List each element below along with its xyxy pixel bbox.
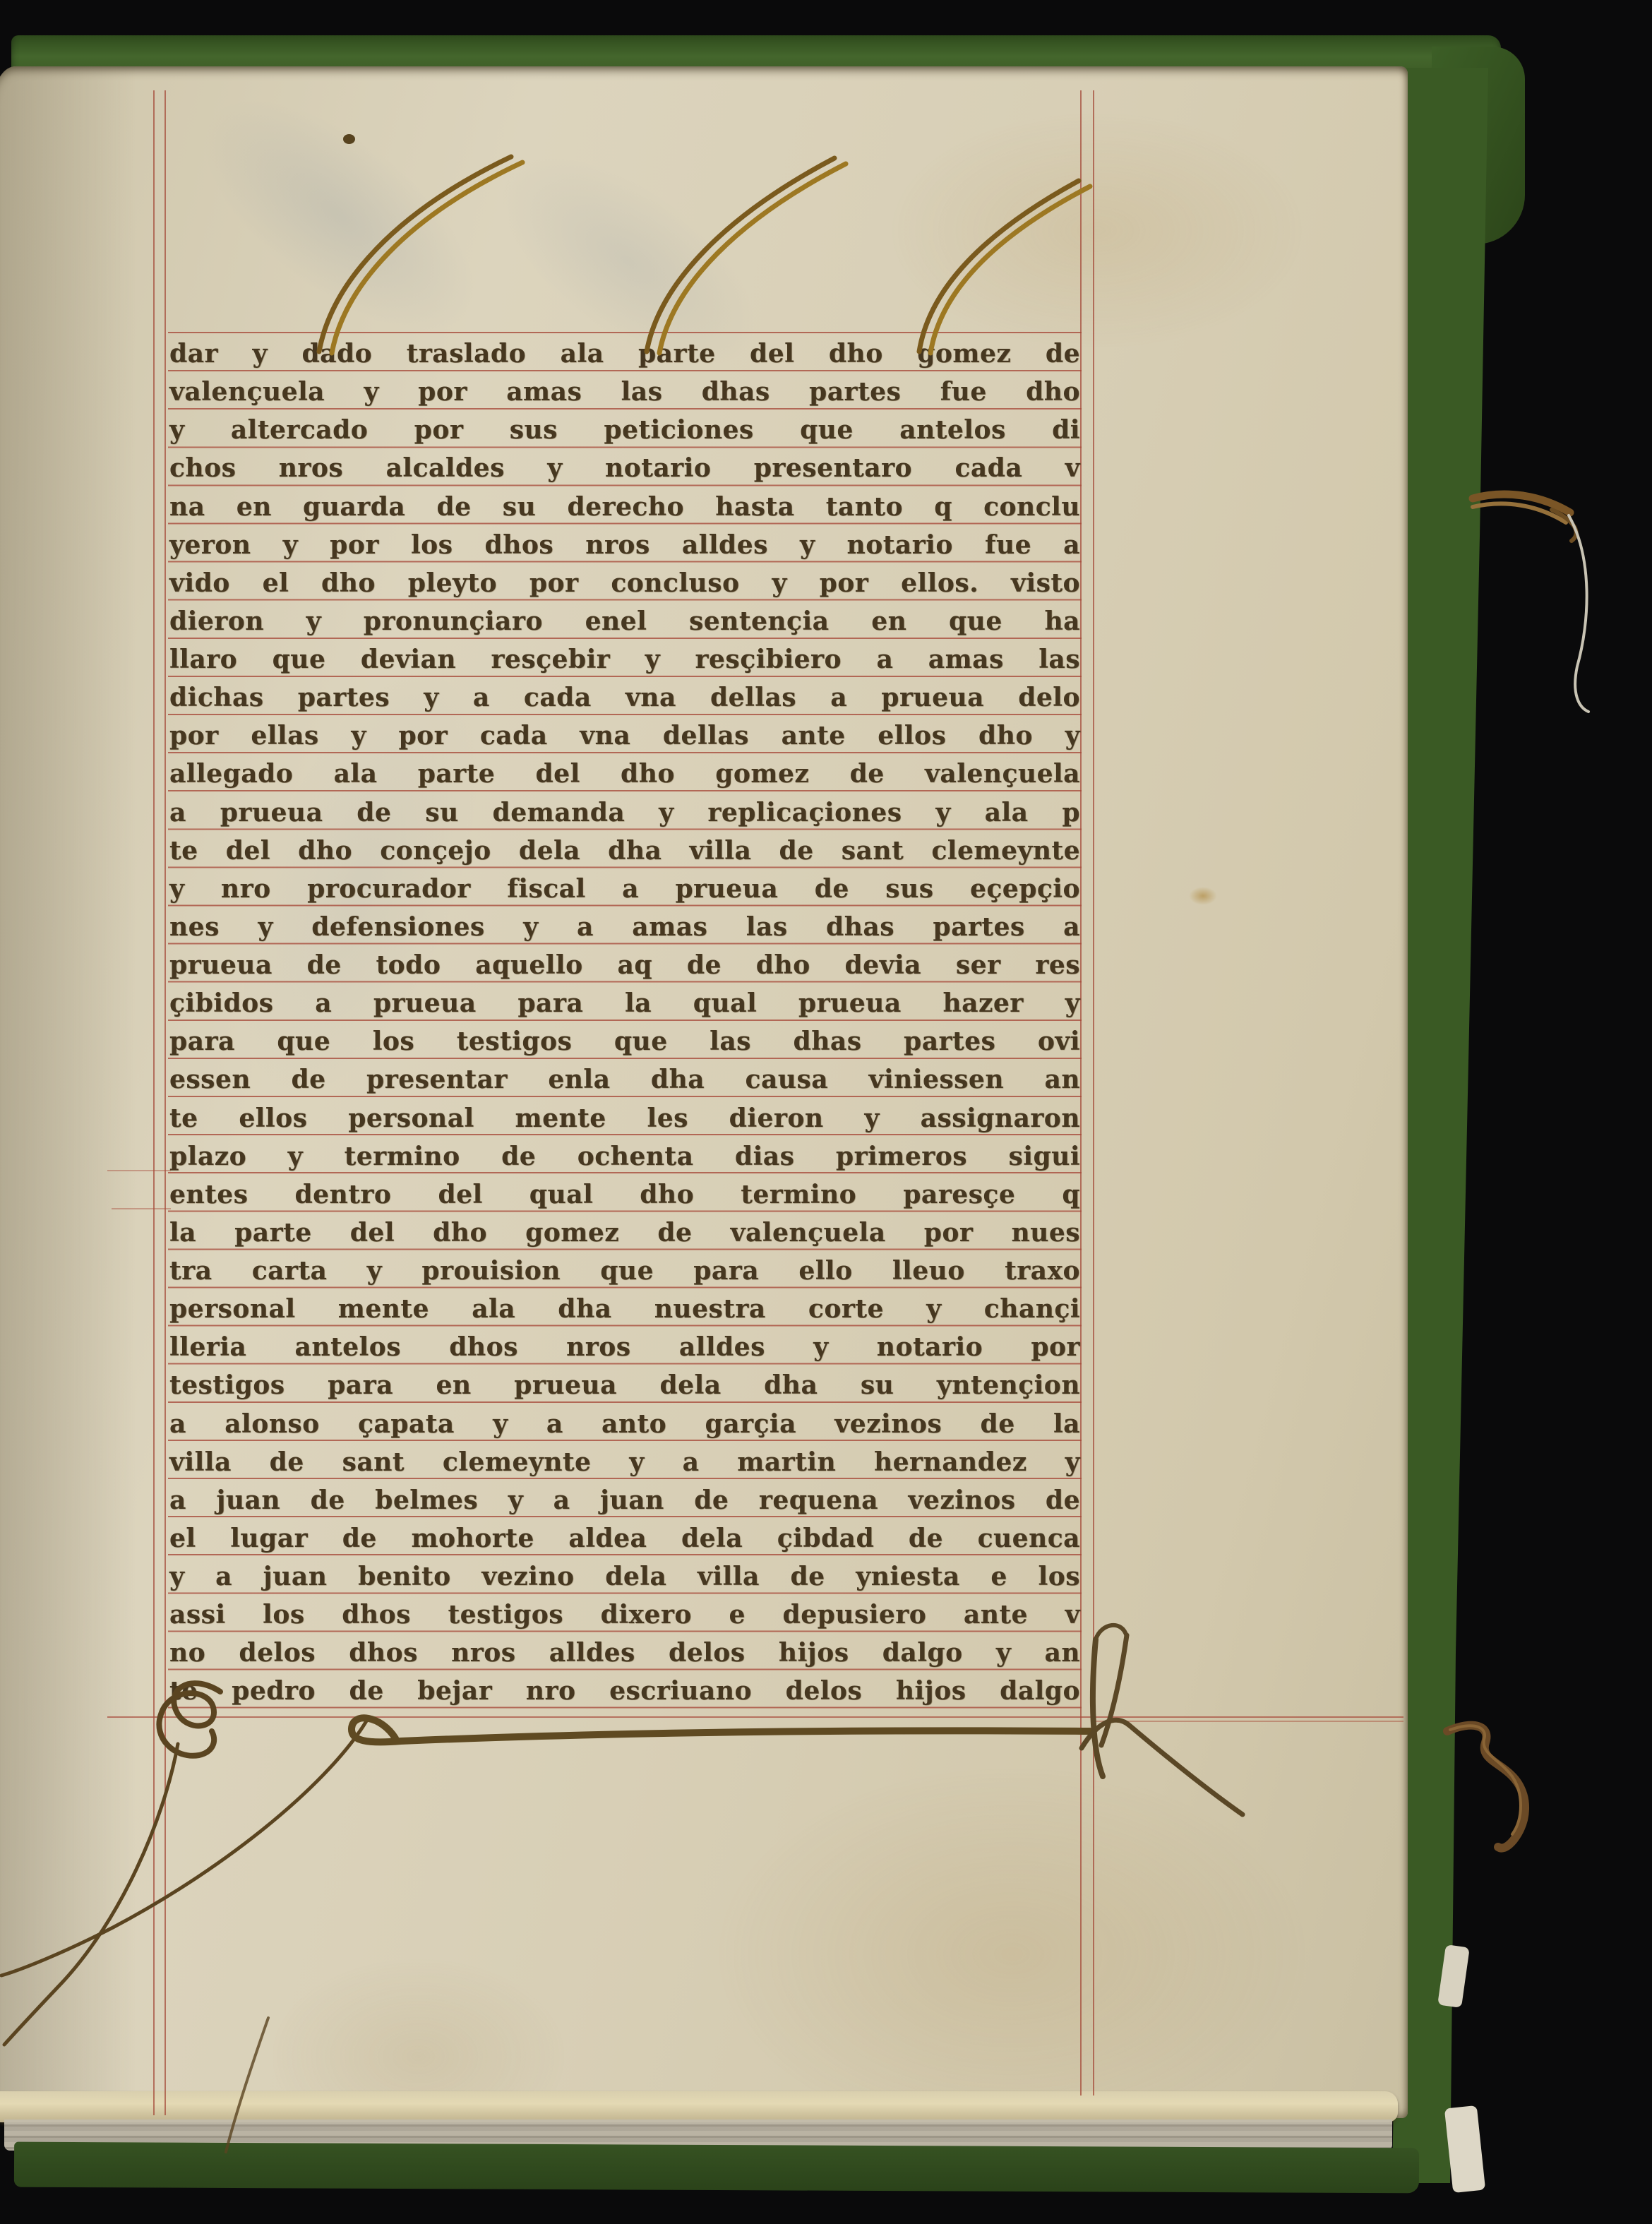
manuscript-text-line: dichas partes y a cada vna dellas a prue… [169,678,1080,717]
manuscript-text-line: y altercado por sus peticiones que antel… [169,411,1080,449]
manuscript-text-line: la parte del dho gomez de valençuela por… [169,1214,1080,1252]
manuscript-text-line: essen de presentar enla dha causa vinies… [169,1060,1080,1099]
ruling-vertical-right-inner [1093,90,1094,2096]
manuscript-text-line: allegado ala parte del dho gomez de vale… [169,755,1080,793]
manuscript-text-line: llaro que devian resçebir y resçibiero a… [169,640,1080,678]
manuscript-text-line: dar y dado traslado ala parte del dho go… [169,335,1080,373]
manuscript-text-line: plazo y termino de ochenta dias primeros… [169,1137,1080,1176]
manuscript-text-line: a prueua de su demanda y replicaçiones y… [169,794,1080,832]
manuscript-text-line: y a juan benito vezino dela villa de yni… [169,1558,1080,1596]
text-block: dar y dado traslado ala parte del dho go… [169,335,1080,1711]
manuscript-text-line: a alonso çapata y a anto garçia vezinos … [169,1405,1080,1443]
manuscript-text-line: nes y defensiones y a amas las dhas part… [169,908,1080,946]
manuscript-text-line: valençuela y por amas las dhas partes fu… [169,373,1080,411]
manuscript-text-line: entes dentro del qual dho termino paresç… [169,1176,1080,1214]
manuscript-text-line: yeron y por los dhos nros alldes y notar… [169,526,1080,564]
manuscript-text-line: para que los testigos que las dhas parte… [169,1022,1080,1060]
manuscript-text-line: chos nros alcaldes y notario presentaro … [169,449,1080,487]
manuscript-text-line: personal mente ala dha nuestra corte y c… [169,1290,1080,1328]
manuscript-text-line: a juan de belmes y a juan de requena vez… [169,1481,1080,1519]
manuscript-text-line: dieron y pronunçiaro enel sentençia en q… [169,602,1080,640]
loose-thread-icon [1569,515,1588,712]
ruling-overshoot-right [1093,1721,1403,1722]
ruling-overshoot [112,1208,171,1209]
manuscript-text-line: te del dho conçejo dela dha villa de san… [169,832,1080,870]
manuscript-text-line: lleria antelos dhos nros alldes y notari… [169,1328,1080,1366]
manuscript-text-line: prueua de todo aquello aq de dho devia s… [169,946,1080,984]
photograph-background: dar y dado traslado ala parte del dho go… [0,0,1652,2224]
manuscript-text-line: tra carta y prouision que para ello lleu… [169,1252,1080,1290]
book-cover-bottom-edge [14,2142,1419,2194]
manuscript-text-line: na en guarda de su derecho hasta tanto q… [169,488,1080,526]
manuscript-text-line: te ellos personal mente les dieron y ass… [169,1099,1080,1137]
manuscript-text-line: no delos dhos nros alldes delos hijos da… [169,1634,1080,1672]
manuscript-text-line: por ellas y por cada vna dellas ante ell… [169,717,1080,755]
manuscript-text-line: testigos para en prueua dela dha su ynte… [169,1366,1080,1404]
ruling-overshoot [107,1170,171,1171]
ruling-vertical-left-outer [153,90,155,2115]
page-bottom-edge [0,2091,1398,2122]
binding-tie-bottom-icon [1447,1726,1525,1848]
manuscript-text-line: te pedro de bejar nro escriuano delos hi… [169,1672,1080,1710]
binding-tie-top-icon [1473,494,1576,541]
manuscript-text-line: vido el dho pleyto por concluso y por el… [169,564,1080,602]
ruling-vertical-right-outer [1080,90,1082,2096]
manuscript-text-line: el lugar de mohorte aldea dela çibdad de… [169,1519,1080,1558]
manuscript-text-line: çibidos a prueua para la qual prueua haz… [169,984,1080,1022]
ruling-bottom-line [107,1716,1403,1718]
manuscript-text-line: y nro procurador fiscal a prueua de sus … [169,870,1080,908]
manuscript-text-line: villa de sant clemeynte y a martin herna… [169,1443,1080,1481]
vellum-tab [1444,2105,1485,2193]
ruling-vertical-left-inner [164,90,166,2115]
manuscript-text-line: assi los dhos testigos dixero e depusier… [169,1596,1080,1634]
